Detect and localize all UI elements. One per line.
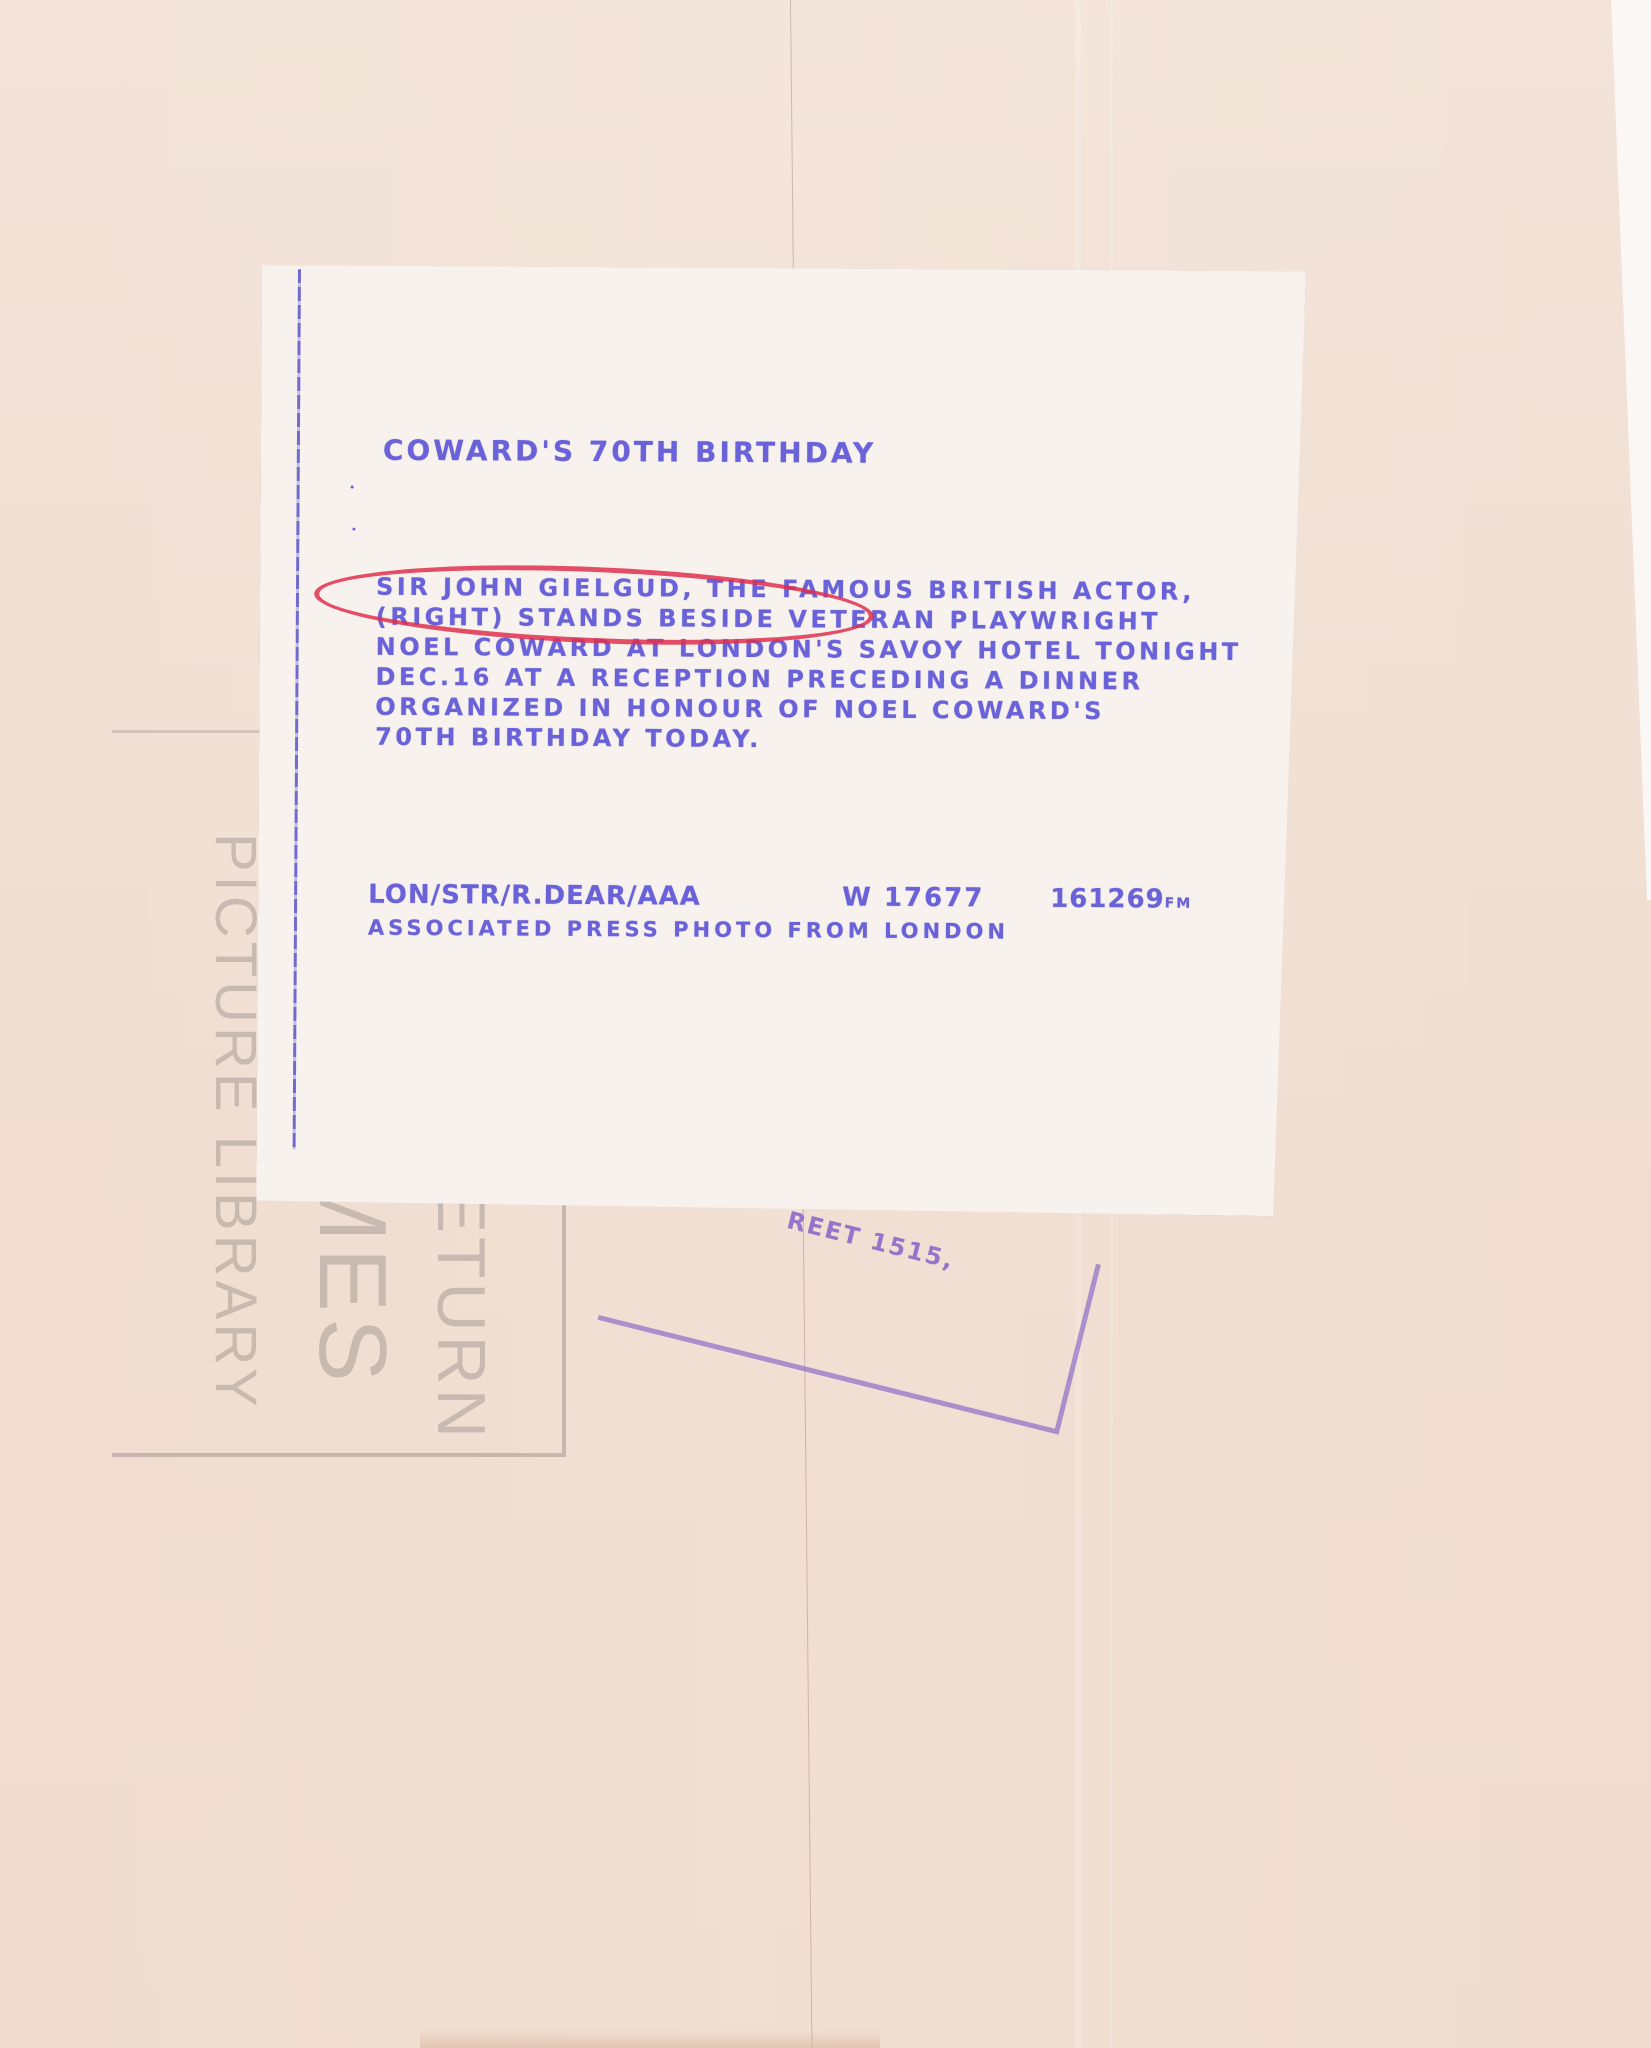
card-margin-line [293,269,301,1149]
caption-headline: COWARD'S 70TH BIRTHDAY [383,434,876,470]
paper-stain [420,2030,880,2048]
ink-dot [351,486,354,489]
reference-number: W 17677 [842,883,984,914]
source-line: ASSOCIATED PRESS PHOTO FROM LONDON [368,916,1009,944]
caption-line: DEC.16 AT A RECEPTION PRECEDING A DINNER [375,663,1143,696]
caption-line: 70TH BIRTHDAY TODAY. [375,723,762,753]
date-code-value: 161269 [1050,884,1165,915]
date-code-suffix: FM [1165,896,1193,912]
caption-line: ORGANIZED IN HONOUR OF NOEL COWARD'S [375,693,1105,725]
photo-credit: LON/STR/R.DEAR/AAA [368,880,701,912]
caption-card: COWARD'S 70TH BIRTHDAY SIR JOHN GIELGUD,… [256,265,1306,1216]
ink-dot [352,528,355,531]
date-code: 161269FM [1050,884,1192,915]
